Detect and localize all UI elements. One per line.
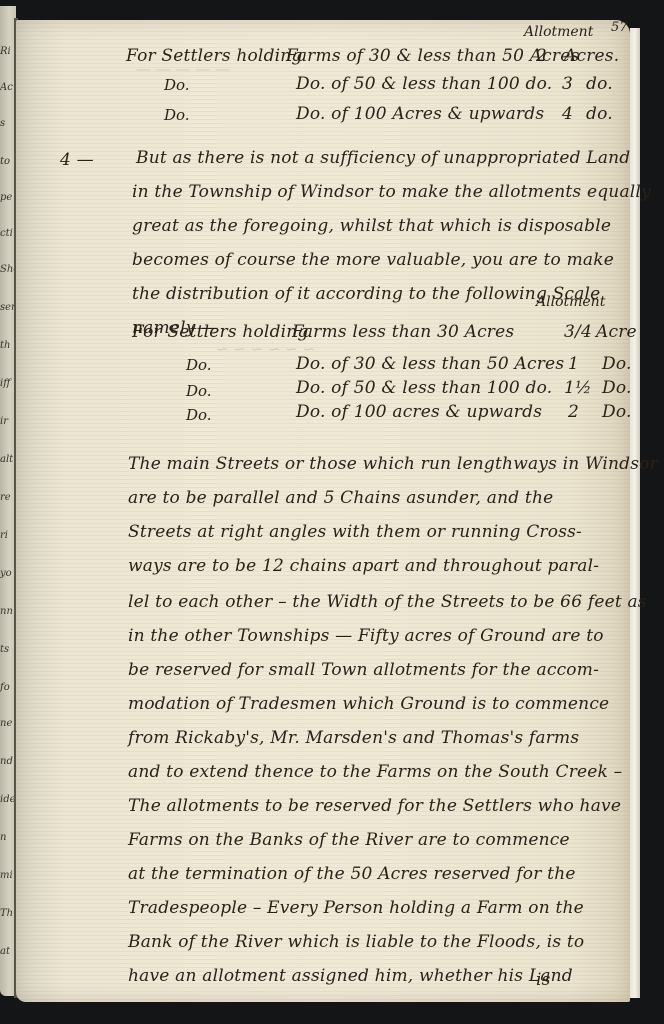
facing-page-fragment: Th (0, 908, 13, 919)
text-line: Bank of the River which is liable to the… (128, 932, 584, 952)
row-amount: 1 (568, 354, 579, 374)
facing-page-fragment: s (0, 118, 5, 129)
facing-page-fragment: to (0, 156, 10, 167)
text-line: The allotments to be reserved for the Se… (128, 796, 621, 816)
manuscript-page: — — — — — ~ ~ ~ ~ ~ ~ 57 Allotment For S… (16, 20, 630, 1002)
facing-page-fragment: ri (0, 530, 8, 541)
row-label: Do. (186, 406, 212, 424)
facing-page-fragment: alt (0, 454, 13, 465)
row-unit: Do. (602, 378, 632, 398)
row-desc: Do. of 50 & less than 100 do. (296, 378, 552, 398)
text-line: from Rickaby's, Mr. Marsden's and Thomas… (128, 728, 579, 748)
paragraph-number: 4 — (60, 150, 94, 170)
row-desc: Do. of 100 acres & upwards (296, 402, 542, 422)
row-desc: Farms less than 30 Acres (292, 322, 514, 342)
text-line: ways are to be 12 chains apart and throu… (128, 556, 599, 576)
facing-page-fragment: ne (0, 718, 12, 729)
text-line: Farms on the Banks of the River are to c… (128, 830, 570, 850)
text-line: at the termination of the 50 Acres reser… (128, 864, 576, 884)
row-label: For Settlers holding (132, 322, 309, 342)
facing-page-fragment: iff (0, 378, 10, 389)
facing-page-fragment: pe (0, 192, 12, 203)
row-label: Do. (186, 356, 212, 374)
facing-page-fragment: n (0, 832, 6, 843)
facing-page-fragment: ts (0, 644, 9, 655)
facing-page-fragment: nn (0, 606, 13, 617)
text-line: in the Township of Windsor to make the a… (132, 182, 651, 202)
text-line: modation of Tradesmen which Ground is to… (128, 694, 609, 714)
row-amount: 1½ (564, 378, 592, 398)
facing-page-fragment: Ri (0, 46, 11, 57)
text-line: have an allotment assigned him, whether … (128, 966, 573, 986)
page-stack-edge (630, 28, 640, 998)
facing-page-fragment: ir (0, 416, 8, 427)
facing-page-fragment: fo (0, 682, 10, 693)
text-line: the distribution of it according to the … (132, 284, 600, 304)
facing-page-fragment: re (0, 492, 11, 503)
text-line: in the other Townships — Fifty acres of … (128, 626, 604, 646)
facing-page-fragment: nd (0, 756, 13, 767)
row-unit: Acres. (564, 46, 619, 66)
row-amount: 2 (536, 46, 547, 66)
facing-page-fragment: th (0, 340, 10, 351)
facing-page-fragment: yo (0, 568, 12, 579)
row-unit: do. (586, 74, 613, 94)
row-desc: Do. of 50 & less than 100 do. (296, 74, 552, 94)
catchword: is (536, 970, 551, 990)
row-label: Do. (164, 106, 190, 124)
text-line: be reserved for small Town allotments fo… (128, 660, 599, 680)
row-amount: 2 (568, 402, 579, 422)
row-amount: 3 (562, 74, 573, 94)
row-label: Do. (164, 76, 190, 94)
text-line: The main Streets or those which run leng… (128, 454, 658, 474)
page-number: 57 (611, 20, 628, 35)
column-header-allotment: Allotment (524, 24, 593, 40)
text-line: becomes of course the more valuable, you… (132, 250, 614, 270)
row-unit: Do. (602, 354, 632, 374)
text-line: Streets at right angles with them or run… (128, 522, 582, 542)
text-line: great as the foregoing, whilst that whic… (132, 216, 611, 236)
facing-page-fragment: Ac (0, 82, 13, 93)
row-amount: 4 (562, 104, 573, 124)
row-desc: Do. of 30 & less than 50 Acres (296, 354, 564, 374)
text-line: are to be parallel and 5 Chains asunder,… (128, 488, 553, 508)
text-line: But as there is not a sufficiency of una… (136, 148, 630, 168)
text-line: Tradespeople – Every Person holding a Fa… (128, 898, 584, 918)
text-line: lel to each other – the Width of the Str… (128, 592, 647, 612)
row-unit: Acre (596, 322, 637, 342)
row-label: For Settlers holding (126, 46, 303, 66)
row-desc: Do. of 100 Acres & upwards (296, 104, 544, 124)
column-header-allotment-2: Allotment (536, 294, 605, 310)
facing-page-fragment: cti (0, 228, 13, 239)
facing-page-fragment: at (0, 946, 10, 957)
row-label: Do. (186, 382, 212, 400)
row-unit: Do. (602, 402, 632, 422)
row-unit: do. (586, 104, 613, 124)
row-amount: 3/4 (564, 322, 592, 342)
facing-page-fragment: mi (0, 870, 13, 881)
text-line: and to extend thence to the Farms on the… (128, 762, 622, 782)
